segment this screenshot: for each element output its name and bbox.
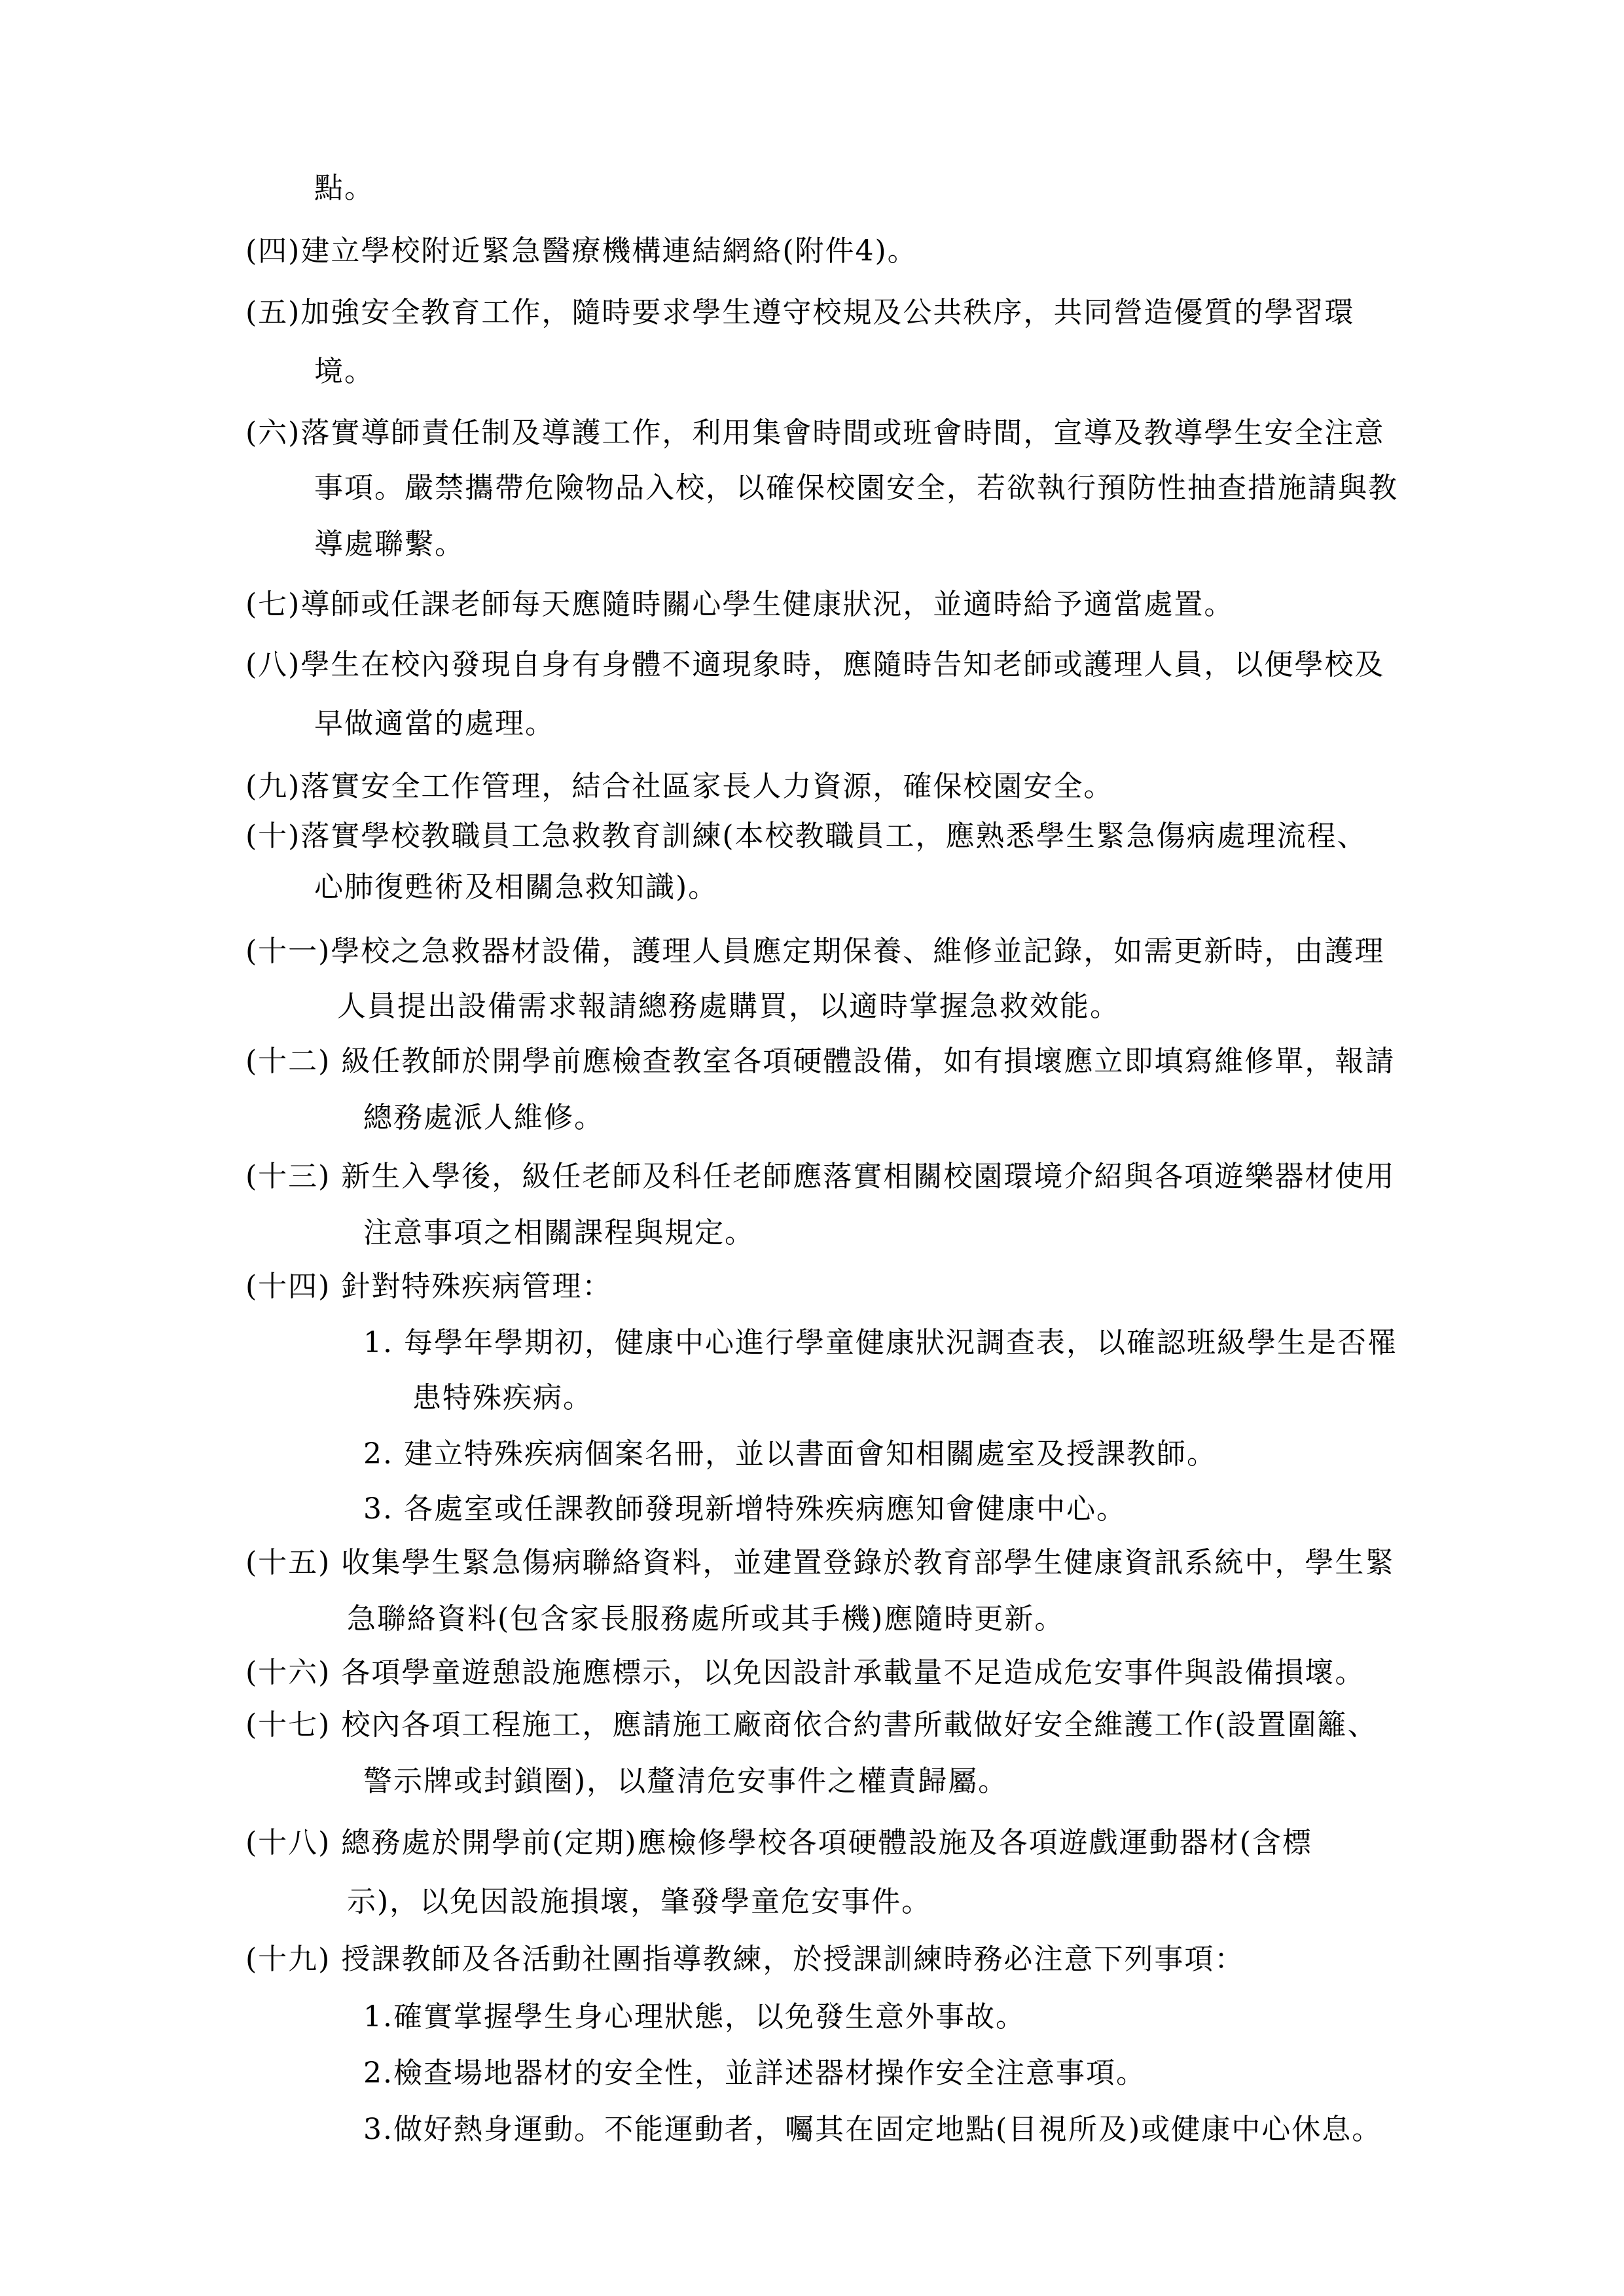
line-text: 心肺復甦術及相關急救知識)。 [314, 870, 718, 904]
text-line: 點。 [314, 171, 374, 206]
list-item-heading: (八)學生在校內發現自身有身體不適現象時，應隨時告知老師或護理人員，以便學校及 [245, 648, 1384, 682]
list-item-heading: (十三) 新生入學後，級任老師及科任老師應落實相關校園環境介紹與各項遊樂器材使用 [245, 1160, 1395, 1194]
list-marker: (十七) [245, 1708, 331, 1742]
line-text: 3.做好熱身運動。不能運動者，囑其在固定地點(目視所及)或健康中心休息。 [363, 2113, 1382, 2146]
list-item-heading: (十六) 各項學童遊憩設施應標示，以免因設計承載量不足造成危安事件與設備損壞。 [245, 1656, 1365, 1690]
list-item-heading: (五)加強安全教育工作，隨時要求學生遵守校規及公共秩序，共同營造優質的學習環 [245, 296, 1354, 330]
line-text: 收集學生緊急傷病聯絡資料，並建置登錄於教育部學生健康資訊系統中，學生緊 [331, 1546, 1395, 1579]
text-line: 3.做好熱身運動。不能運動者，囑其在固定地點(目視所及)或健康中心休息。 [363, 2113, 1382, 2147]
list-marker: (十四) [245, 1270, 331, 1304]
line-text: 2.檢查場地器材的安全性，並詳述器材操作安全注意事項。 [363, 2056, 1146, 2090]
list-item-heading: (十四) 針對特殊疾病管理： [245, 1270, 612, 1304]
list-marker: (四) [245, 234, 300, 268]
line-text: 導師或任課老師每天應隨時關心學生健康狀況，並適時給予適當處置。 [300, 588, 1234, 621]
text-line: 境。 [314, 355, 374, 389]
list-item-heading: (十二) 級任教師於開學前應檢查教室各項硬體設備，如有損壞應立即填寫維修單，報請 [245, 1045, 1395, 1079]
list-item-heading: (十)落實學校教職員工急救教育訓練(本校教職員工，應熟悉學生緊急傷病處理流程、 [245, 819, 1367, 853]
line-text: 人員提出設備需求報請總務處購買，以適時掌握急救效能。 [337, 990, 1120, 1023]
list-item-heading: (十七) 校內各項工程施工，應請施工廠商依合約書所載做好安全維護工作(設置圍籬、 [245, 1708, 1378, 1742]
line-text: 境。 [314, 355, 374, 388]
text-line: 總務處派人維修。 [363, 1101, 604, 1135]
line-text: 落實導師責任制及導護工作，利用集會時間或班會時間，宣導及教導學生安全注意 [300, 416, 1384, 450]
line-text: 1. 每學年學期初，健康中心進行學童健康狀況調查表，以確認班級學生是否罹 [363, 1326, 1398, 1359]
line-text: 新生入學後，級任老師及科任老師應落實相關校園環境介紹與各項遊樂器材使用 [331, 1160, 1395, 1193]
line-text: 警示牌或封鎖圈)，以釐清危安事件之權責歸屬。 [363, 1765, 1008, 1798]
text-line: 3. 各處室或任課教師發現新增特殊疾病應知會健康中心。 [363, 1492, 1127, 1526]
line-text: 級任教師於開學前應檢查教室各項硬體設備，如有損壞應立即填寫維修單，報請 [331, 1045, 1395, 1078]
list-marker: (八) [245, 648, 300, 682]
line-text: 學生在校內發現自身有身體不適現象時，應隨時告知老師或護理人員，以便學校及 [300, 648, 1384, 681]
list-marker: (十二) [245, 1045, 331, 1079]
line-text: 總務處於開學前(定期)應檢修學校各項硬體設施及各項遊戲運動器材(含標 [331, 1826, 1312, 1859]
line-text: 導處聯繫。 [314, 528, 465, 561]
text-line: 心肺復甦術及相關急救知識)。 [314, 870, 718, 905]
list-item-heading: (七)導師或任課老師每天應隨時關心學生健康狀況，並適時給予適當處置。 [245, 588, 1234, 622]
list-marker: (十五) [245, 1546, 331, 1580]
line-text: 建立學校附近緊急醫療機構連結網絡(附件4)。 [300, 234, 917, 268]
list-item-heading: (十八) 總務處於開學前(定期)應檢修學校各項硬體設施及各項遊戲運動器材(含標 [245, 1826, 1312, 1860]
line-text: 落實安全工作管理，結合社區家長人力資源，確保校園安全。 [300, 770, 1113, 803]
text-line: 患特殊疾病。 [412, 1381, 593, 1415]
line-text: 加強安全教育工作，隨時要求學生遵守校規及公共秩序，共同營造優質的學習環 [300, 296, 1354, 329]
text-line: 人員提出設備需求報請總務處購買，以適時掌握急救效能。 [337, 990, 1120, 1024]
line-text: 授課教師及各活動社團指導教練，於授課訓練時務必注意下列事項： [331, 1943, 1244, 1976]
list-marker: (九) [245, 770, 300, 804]
text-line: 注意事項之相關課程與規定。 [363, 1216, 755, 1250]
line-text: 各項學童遊憩設施應標示，以免因設計承載量不足造成危安事件與設備損壞。 [331, 1656, 1365, 1689]
list-marker: (六) [245, 416, 300, 450]
line-text: 學校之急救器材設備，護理人員應定期保養、維修並記錄，如需更新時，由護理 [331, 935, 1384, 968]
list-item-heading: (十九) 授課教師及各活動社團指導教練，於授課訓練時務必注意下列事項： [245, 1943, 1244, 1977]
line-text: 示)，以免因設施損壞，肇發學童危安事件。 [347, 1885, 931, 1918]
list-marker: (十) [245, 819, 300, 853]
list-item-heading: (九)落實安全工作管理，結合社區家長人力資源，確保校園安全。 [245, 770, 1113, 804]
list-item-heading: (十一)學校之急救器材設備，護理人員應定期保養、維修並記錄，如需更新時，由護理 [245, 935, 1384, 969]
line-text: 總務處派人維修。 [363, 1101, 604, 1134]
line-text: 注意事項之相關課程與規定。 [363, 1216, 755, 1249]
list-marker: (七) [245, 588, 300, 622]
text-line: 事項。嚴禁攜帶危險物品入校，以確保校園安全，若欲執行預防性抽查措施請與教 [314, 471, 1398, 505]
line-text: 事項。嚴禁攜帶危險物品入校，以確保校園安全，若欲執行預防性抽查措施請與教 [314, 471, 1398, 505]
line-text: 早做適當的處理。 [314, 707, 555, 740]
line-text: 患特殊疾病。 [412, 1381, 593, 1414]
text-line: 急聯絡資料(包含家長服務處所或其手機)應隨時更新。 [347, 1602, 1064, 1636]
text-line: 示)，以免因設施損壞，肇發學童危安事件。 [347, 1885, 931, 1919]
list-item-heading: (十五) 收集學生緊急傷病聯絡資料，並建置登錄於教育部學生健康資訊系統中，學生緊 [245, 1546, 1395, 1580]
line-text: 點。 [314, 171, 374, 205]
text-line: 2.檢查場地器材的安全性，並詳述器材操作安全注意事項。 [363, 2056, 1146, 2090]
line-text: 1.確實掌握學生身心理狀態，以免發生意外事故。 [363, 2000, 1026, 2034]
list-marker: (十三) [245, 1160, 331, 1194]
list-marker: (五) [245, 296, 300, 330]
list-marker: (十六) [245, 1656, 331, 1690]
line-text: 校內各項工程施工，應請施工廠商依合約書所載做好安全維護工作(設置圍籬、 [331, 1708, 1377, 1742]
list-item-heading: (四)建立學校附近緊急醫療機構連結網絡(附件4)。 [245, 234, 918, 268]
list-marker: (十八) [245, 1826, 331, 1860]
text-line: 導處聯繫。 [314, 528, 465, 562]
list-marker: (十一) [245, 935, 331, 969]
text-line: 2. 建立特殊疾病個案名冊，並以書面會知相關處室及授課教師。 [363, 1437, 1217, 1471]
text-line: 警示牌或封鎖圈)，以釐清危安事件之權責歸屬。 [363, 1765, 1008, 1799]
line-text: 3. 各處室或任課教師發現新增特殊疾病應知會健康中心。 [363, 1492, 1127, 1526]
line-text: 2. 建立特殊疾病個案名冊，並以書面會知相關處室及授課教師。 [363, 1437, 1217, 1471]
line-text: 落實學校教職員工急救教育訓練(本校教職員工，應熟悉學生緊急傷病處理流程、 [300, 819, 1367, 853]
text-line: 1.確實掌握學生身心理狀態，以免發生意外事故。 [363, 2000, 1026, 2034]
line-text: 針對特殊疾病管理： [331, 1270, 612, 1303]
text-line: 早做適當的處理。 [314, 707, 555, 741]
list-marker: (十九) [245, 1943, 331, 1977]
line-text: 急聯絡資料(包含家長服務處所或其手機)應隨時更新。 [347, 1602, 1064, 1636]
text-line: 1. 每學年學期初，健康中心進行學童健康狀況調查表，以確認班級學生是否罹 [363, 1326, 1398, 1360]
list-item-heading: (六)落實導師責任制及導護工作，利用集會時間或班會時間，宣導及教導學生安全注意 [245, 416, 1384, 450]
